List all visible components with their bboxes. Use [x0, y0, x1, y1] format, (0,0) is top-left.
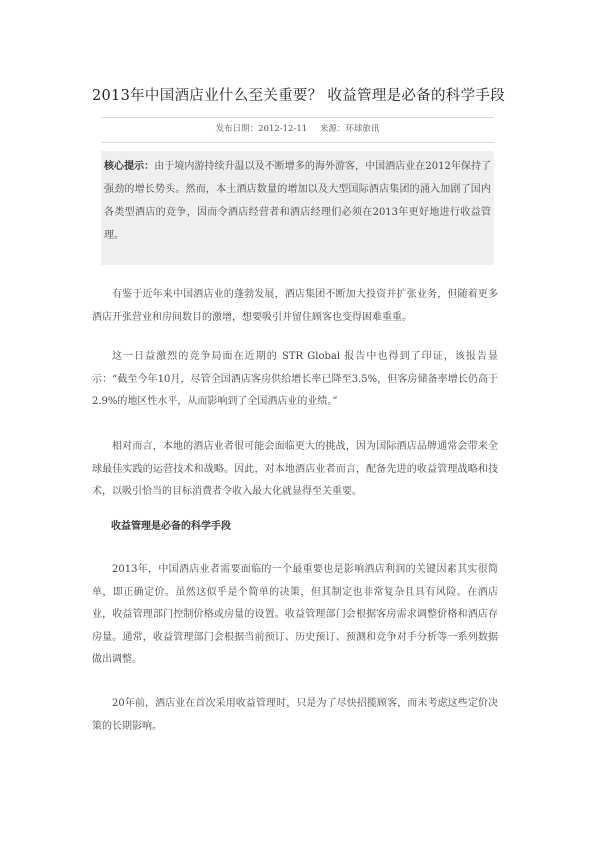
publish-date-label: 发布日期：: [216, 124, 259, 134]
summary-text: 由于境内游持续升温以及不断增多的海外游客，中国酒店业在2012年保持了强劲的增长…: [104, 161, 491, 241]
summary-label: 核心提示：: [104, 161, 154, 172]
source-value: 环球旅讯: [345, 124, 379, 134]
section-heading: 收益管理是必备的科学手段: [111, 520, 231, 534]
paragraph-5: 20年前，酒店业在首次采用收益管理时，只是为了尽快招揽顾客，而未考虑这些定价决策…: [92, 693, 498, 738]
paragraph-1: 有鉴于近年来中国酒店业的蓬勃发展，酒店集团不断加大投资并扩张业务，但随着更多酒店…: [92, 284, 498, 329]
article-meta: 发布日期：2012-12-11 来源：环球旅讯: [101, 123, 494, 135]
paragraph-3: 相对而言，本地的酒店业者很可能会面临更大的挑战，因为国际酒店品牌通常会带来全球最…: [92, 436, 498, 504]
divider-bottom: [101, 142, 494, 143]
source-label: 来源：: [320, 124, 346, 134]
divider-top: [101, 117, 494, 118]
paragraph-4: 2013年，中国酒店业者需要面临的一个最重要也是影响酒店利润的关键因素其实很简单…: [92, 559, 498, 672]
article-title: 2013年中国酒店业什么至关重要？ 收益管理是必备的科学手段: [92, 87, 512, 105]
paragraph-2: 这一日益激烈的竞争局面在近期的 STR Global 报告中也得到了印证，该报告…: [92, 346, 498, 414]
source: 来源：环球旅讯: [320, 124, 380, 134]
publish-date-value: 2012-12-11: [258, 124, 307, 134]
publish-date: 发布日期：2012-12-11: [216, 124, 308, 134]
summary-box: 核心提示：由于境内游持续升温以及不断增多的海外游客，中国酒店业在2012年保持了…: [101, 151, 494, 265]
document-page: 2013年中国酒店业什么至关重要？ 收益管理是必备的科学手段 发布日期：2012…: [0, 0, 595, 842]
